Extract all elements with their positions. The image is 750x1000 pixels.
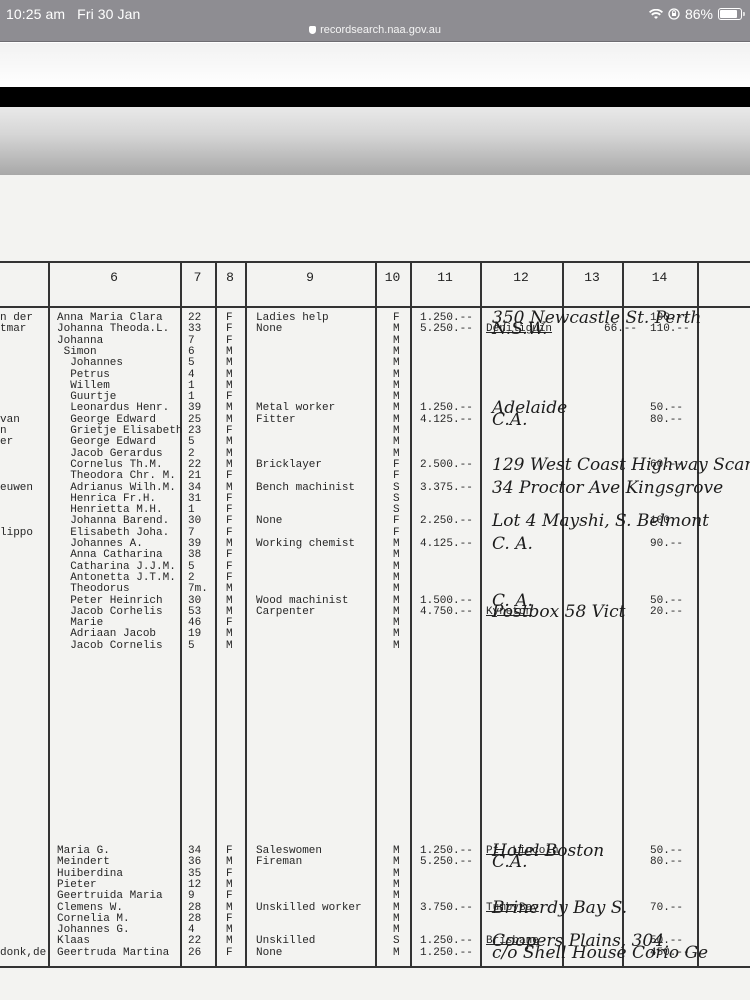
browser-toolbar-area [0,43,750,87]
column-header: 7 [180,270,215,285]
age-value: 5 [188,358,195,369]
age-value: 38 [188,550,201,561]
given-name: Geertruida Maria [57,891,163,902]
column-header: 9 [245,270,375,285]
amount-value: 1.250.-- [420,936,473,947]
surname-fragment: lippo [0,528,33,539]
surname-fragment: euwen [0,483,33,494]
handwritten-address: Postbox 58 Vict [492,602,625,622]
shield-icon [309,26,316,34]
given-name: Klaas [57,936,90,947]
page-fold-shadow [0,107,750,175]
occupation: Unskilled [256,936,315,947]
marital-status: M [393,857,400,868]
occupation: None [256,324,282,335]
given-name: Adriaan Jacob [57,629,156,640]
age-value: 36 [188,857,201,868]
given-name: Leonardus Henr. [57,403,169,414]
handwritten-address: 34 Proctor Ave Kingsgrove [492,478,723,498]
age-value: 21 [188,471,201,482]
given-name: Johanna Barend. [57,516,169,527]
sex-value: M [226,629,233,640]
marital-status: M [393,891,400,902]
wifi-icon [649,9,663,20]
column-divider [697,261,699,967]
sex-value: F [226,471,233,482]
given-name: Geertruda Martina [57,948,169,959]
col14-value: 80.-- [650,415,683,426]
column-header: 6 [48,270,180,285]
time-text: 10:25 am [6,6,65,22]
amount-value: 1.250.-- [420,948,473,959]
occupation: Fitter [256,415,296,426]
column-divider [375,261,377,967]
amount-value: 4.125.-- [420,415,473,426]
amount-value: 5.250.-- [420,324,473,335]
given-name: Anna Catharina [57,550,163,561]
occupation: Bricklayer [256,460,322,471]
col14-value: 80.-- [650,857,683,868]
handwritten-address: c/o Shell House Corio Ge [492,943,708,963]
handwritten-address: C.A. [492,410,528,430]
col14-value: 70.-- [650,903,683,914]
handwritten-address: Brinerdy Bay S. [492,898,627,918]
marital-status: S [393,936,400,947]
column-divider [180,261,182,967]
marital-status: F [393,471,400,482]
url-bar[interactable]: recordsearch.naa.gov.au [0,24,750,36]
occupation: Metal worker [256,403,335,414]
battery-icon [718,8,742,20]
column-header: 12 [480,270,562,285]
handwritten-address: N.S.W. [492,319,548,339]
amount-value: 1.250.-- [420,403,473,414]
sex-value: M [226,403,233,414]
given-name: Johanna Theoda.L. [57,324,169,335]
col14-value: 90.-- [650,539,683,550]
scan-border [0,87,750,107]
sex-value: M [226,857,233,868]
column-divider [410,261,412,967]
given-name: Theodora Chr. M. [57,471,176,482]
url-text: recordsearch.naa.gov.au [320,24,441,36]
column-header: 13 [562,270,622,285]
status-time: 10:25 am Fri 30 Jan [6,6,140,22]
sex-value: F [226,891,233,902]
amount-value: 3.375.-- [420,483,473,494]
marital-status: M [393,358,400,369]
column-divider [245,261,247,967]
given-name: Meindert [57,857,110,868]
given-name: Theodorus [57,584,130,595]
age-value: 30 [188,516,201,527]
occupation: Unskilled worker [256,903,362,914]
marital-status: M [393,403,400,414]
age-value: 5 [188,641,195,652]
column-divider [480,261,482,967]
column-header: 11 [410,270,480,285]
amount-value: 2.250.-- [420,516,473,527]
status-bar: 10:25 am Fri 30 Jan 86% recordsearch.naa… [0,0,750,42]
handwritten-address: C. A. [492,534,533,554]
occupation: Working chemist [256,539,355,550]
age-value: 19 [188,629,201,640]
amount-value: 4.750.-- [420,607,473,618]
occupation: Fireman [256,857,302,868]
sex-value: M [226,584,233,595]
age-value: 5 [188,437,195,448]
date-text: Fri 30 Jan [77,6,140,22]
marital-status: M [393,584,400,595]
occupation: None [256,516,282,527]
column-divider [215,261,217,967]
surname-fragment: donk,de [0,948,46,959]
occupation: Carpenter [256,607,315,618]
marital-status: M [393,550,400,561]
amount-value: 2.500.-- [420,460,473,471]
marital-status: M [393,641,400,652]
age-value: 9 [188,891,195,902]
age-value: 26 [188,948,201,959]
column-header: 10 [375,270,410,285]
occupation: None [256,948,282,959]
marital-status: M [393,629,400,640]
status-indicators: 86% [649,6,742,22]
age-value: 39 [188,403,201,414]
handwritten-address: 129 West Coast Highway Scarb [492,455,750,475]
marital-status: F [393,516,400,527]
sex-value: F [226,516,233,527]
amount-value: 3.750.-- [420,903,473,914]
battery-percent: 86% [685,6,713,22]
given-name: Jacob Cornelis [57,641,163,652]
amount-value: 4.125.-- [420,539,473,550]
surname-fragment: tmar [0,324,26,335]
sex-value: F [226,948,233,959]
sex-value: M [226,437,233,448]
sex-value: F [226,550,233,561]
column-header: 14 [622,270,697,285]
surname-fragment: er [0,437,13,448]
marital-status: M [393,324,400,335]
age-value: 7m. [188,584,208,595]
given-name: George Edward [57,437,156,448]
orientation-lock-icon [668,8,680,20]
handwritten-address: Lot 4 Mayshi, S. Belmont [492,511,709,531]
col14-value: 50.-- [650,403,683,414]
sex-value: M [226,358,233,369]
sex-value: F [226,324,233,335]
sex-value: M [226,641,233,652]
age-value: 33 [188,324,201,335]
given-name: Johannes [57,358,123,369]
column-header: 8 [215,270,245,285]
sex-value: M [226,936,233,947]
handwritten-address: C.A. [492,852,528,872]
age-value: 22 [188,936,201,947]
column-divider [48,261,50,967]
amount-value: 5.250.-- [420,857,473,868]
occupation: Bench machinist [256,483,355,494]
col14-value: 20.-- [650,607,683,618]
document-scan[interactable]: 67891011121314 n dertmarvannereuwenlippo… [0,175,750,1000]
marital-status: M [393,437,400,448]
marital-status: M [393,948,400,959]
